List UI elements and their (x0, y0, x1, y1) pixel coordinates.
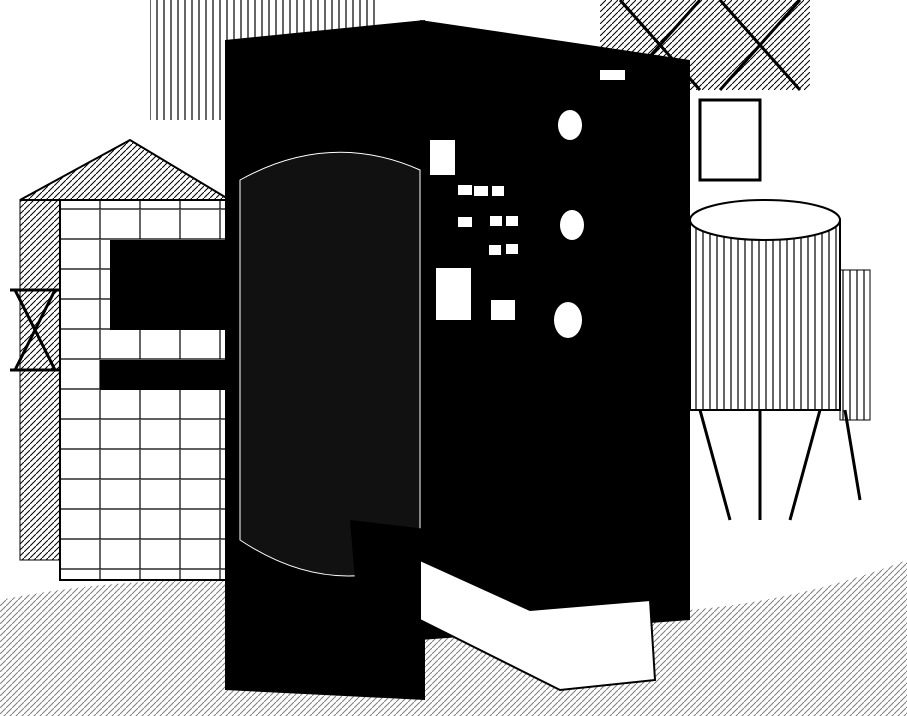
control-cabinet (225, 20, 690, 700)
industrial-scene (0, 0, 907, 716)
right-silos (690, 200, 870, 520)
illustration (0, 0, 907, 716)
